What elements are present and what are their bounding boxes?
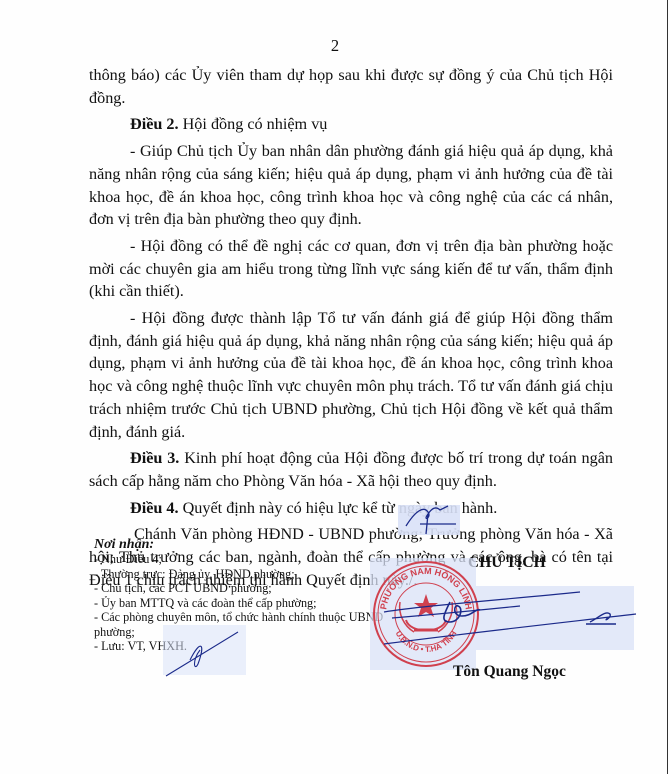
recipient-item: - Chủ tịch, các PCT UBND phường; [94,581,334,596]
article-2-title: Hội đồng có nhiệm vụ [179,115,328,133]
recipient-item: - Ủy ban MTTQ và các đoàn thể cấp phường… [94,596,334,611]
article-2-item-1: - Giúp Chủ tịch Ủy ban nhân dân phường đ… [89,140,613,231]
handwritten-signature-icon [380,588,640,658]
article-4-label: Điều 4. [130,499,179,517]
paragraph-continuation: thông báo) các Ủy viên tham dự họp sau k… [89,64,613,109]
recipients-title: Nơi nhận: [94,537,334,552]
recipient-item: - Thường trực: Đảng ủy, HĐND phường; [94,567,334,582]
article-2-heading: Điều 2. Hội đồng có nhiệm vụ [89,113,613,136]
document-body: thông báo) các Ủy viên tham dự họp sau k… [89,64,613,595]
page-edge [667,0,668,774]
article-2-item-2: - Hội đồng có thể đề nghị các cơ quan, đ… [89,235,613,303]
article-2-label: Điều 2. [130,115,179,133]
page-number: 2 [0,36,670,56]
recipient-item: - Như Điều 4; [94,552,334,567]
article-4: Điều 4. Quyết định này có hiệu lực kể từ… [89,497,613,520]
recipient-initial-icon [160,620,260,680]
article-2-item-3: - Hội đồng được thành lập Tổ tư vấn đánh… [89,307,613,443]
initial-signature-icon [398,500,462,536]
article-3: Điều 3. Kinh phí hoạt động của Hội đồng … [89,447,613,492]
article-3-label: Điều 3. [130,449,179,467]
signer-name: Tôn Quang Ngọc [453,663,566,681]
